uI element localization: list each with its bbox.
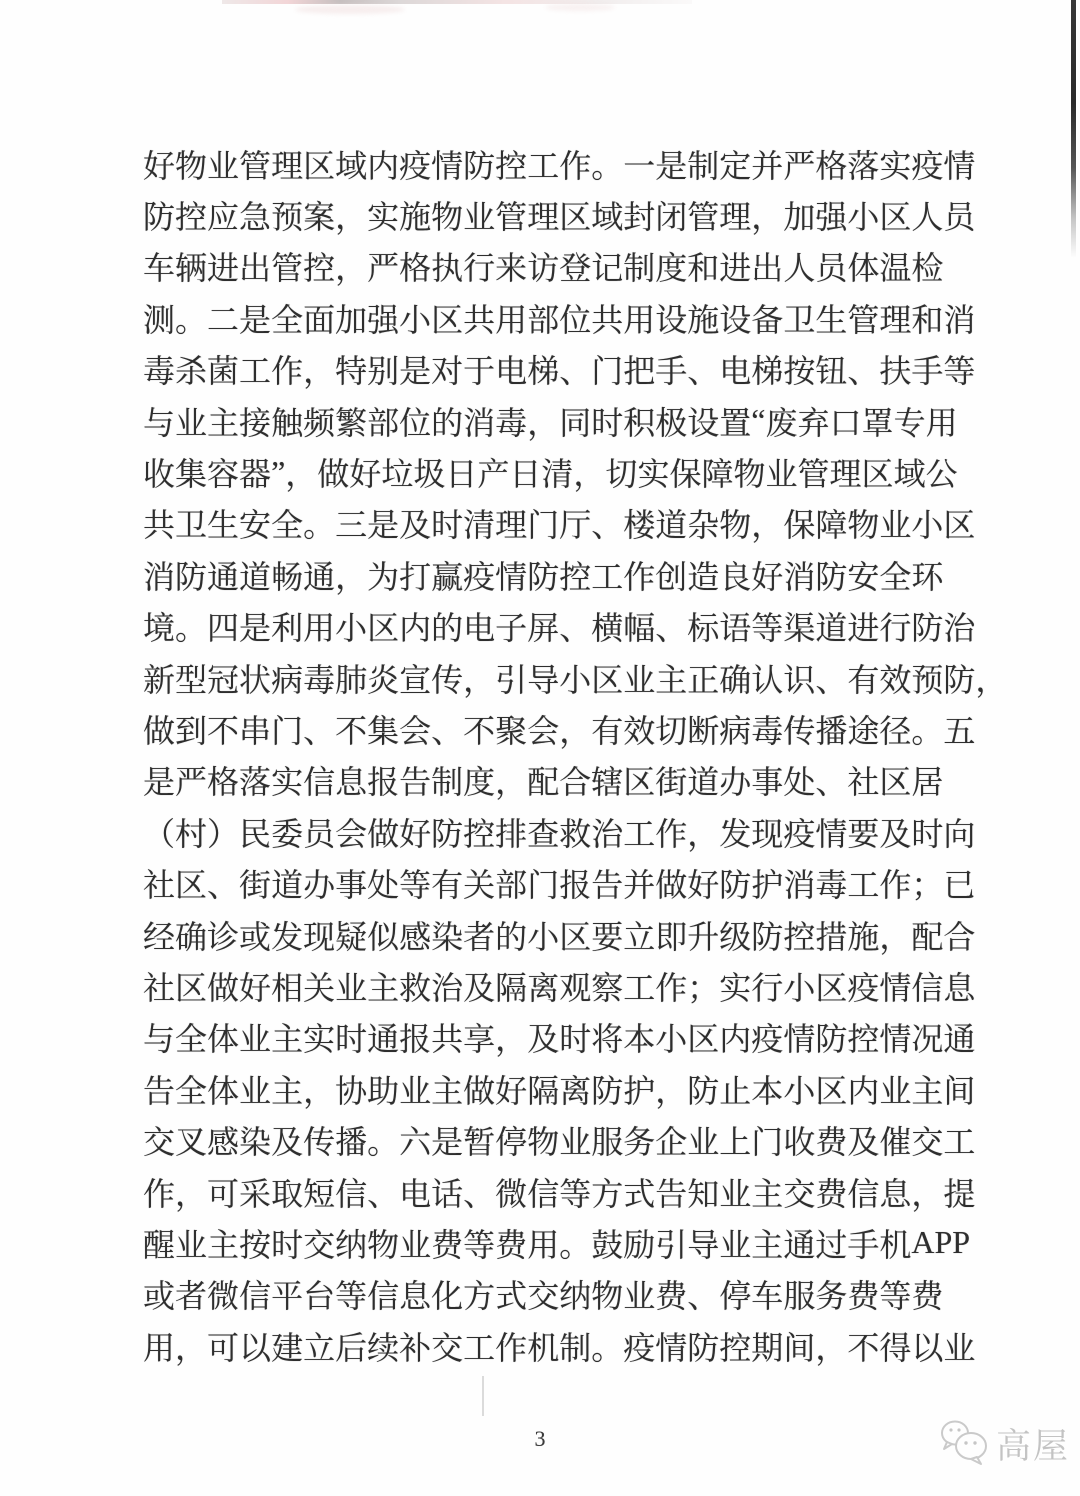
text-line: 境。四是利用小区内的电子屏、横幅、标语等渠道进行防治 [143,601,905,652]
watermark-label: 高屋 [996,1419,1070,1469]
top-edge-red-smudge [222,0,692,4]
text-line: 车辆进出管控，严格执行来访登记制度和进出人员体温检 [143,241,905,292]
text-line: 用，可以建立后续补交工作机制。疫情防控期间，不得以业 [143,1320,905,1371]
text-line: 社区、街道办事处等有关部门报告并做好防护消毒工作；已 [143,857,905,908]
text-line: 与全体业主实时通报共享，及时将本小区内疫情防控情况通 [143,1012,905,1063]
top-edge-pink-blob-2 [545,4,615,11]
page-number: 3 [0,1426,1080,1452]
text-line: 做到不串门、不集会、不聚会，有效切断病毒传播途径。五 [143,703,905,754]
footer-scan-artifact-line [482,1376,484,1416]
scanned-document-page: 好物业管理区域内疫情防控工作。一是制定并严格落实疫情防控应急预案，实施物业管理区… [0,0,1080,1496]
text-line: 毒杀菌工作，特别是对于电梯、门把手、电梯按钮、扶手等 [143,344,905,395]
watermark: 高屋 [938,1416,1070,1472]
text-line: 作，可采取短信、电话、微信等方式告知业主交费信息，提 [143,1166,905,1217]
text-line: 新型冠状病毒肺炎宣传，引导小区业主正确认识、有效预防， [143,652,905,703]
text-line: 消防通道畅通，为打赢疫情防控工作创造良好消防安全环 [143,549,905,600]
text-line: 社区做好相关业主救治及隔离观察工作；实行小区疫情信息 [143,960,905,1011]
text-line: 防控应急预案，实施物业管理区域封闭管理，加强小区人员 [143,189,905,240]
text-line: 收集容器”，做好垃圾日产日清，切实保障物业管理区域公 [143,446,905,497]
text-line: 是严格落实信息报告制度，配合辖区街道办事处、社区居 [143,755,905,806]
text-line: 经确诊或发现疑似感染者的小区要立即升级防控措施，配合 [143,909,905,960]
text-line: 告全体业主，协助业主做好隔离防护，防止本小区内业主间 [143,1063,905,1114]
right-edge-scan-line [1071,0,1076,258]
text-line: 好物业管理区域内疫情防控工作。一是制定并严格落实疫情 [143,138,905,189]
text-line: 共卫生安全。三是及时清理门厅、楼道杂物，保障物业小区 [143,498,905,549]
text-line: （村）民委员会做好防控排查救治工作，发现疫情要及时向 [143,806,905,857]
text-line: 或者微信平台等信息化方式交纳物业费、停车服务费等费 [143,1269,905,1320]
document-body: 好物业管理区域内疫情防控工作。一是制定并严格落实疫情防控应急预案，实施物业管理区… [143,138,905,1371]
wechat-chat-bubbles-icon [938,1417,990,1472]
text-line: 醒业主按时交纳物业费等费用。鼓励引导业主通过手机 APP [143,1217,905,1268]
text-line: 测。二是全面加强小区共用部位共用设施设备卫生管理和消 [143,292,905,343]
text-line: 与业主接触频繁部位的消毒，同时积极设置“废弃口罩专用 [143,395,905,446]
text-line: 交叉感染及传播。六是暂停物业服务企业上门收费及催交工 [143,1114,905,1165]
top-edge-pink-blob [295,5,405,14]
